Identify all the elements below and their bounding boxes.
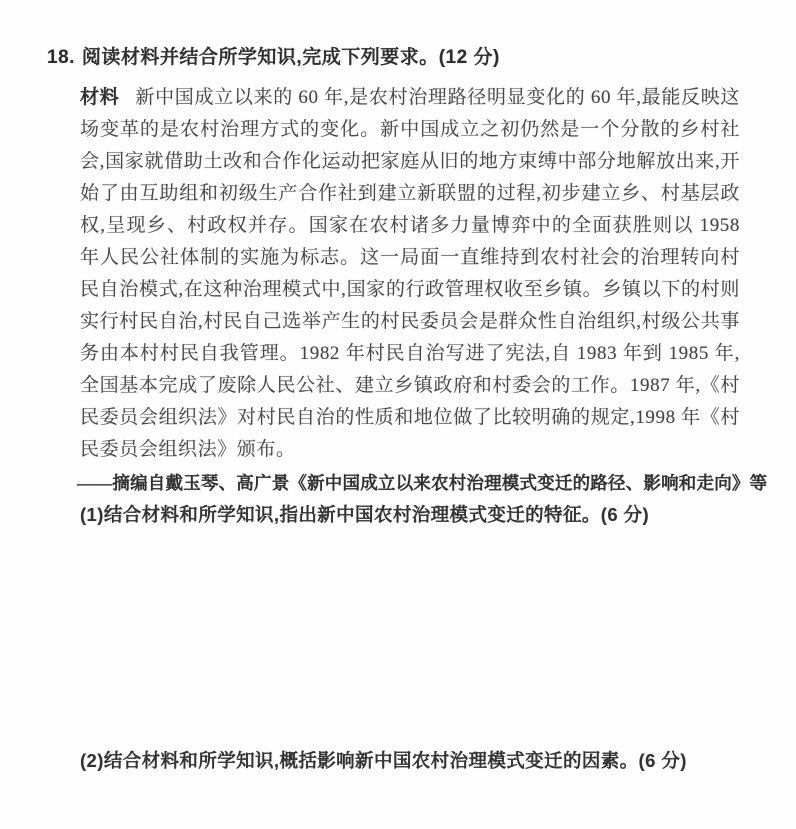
material-text: 新中国成立以来的 60 年,是农村治理路径明显变化的 60 年,最能反映这场变革… bbox=[80, 87, 740, 460]
sub-question-2: (2)结合材料和所学知识,概括影响新中国农村治理模式变迁的因素。(6 分) bbox=[80, 746, 742, 776]
question-heading: 18.阅读材料并结合所学知识,完成下列要求。(12 分) bbox=[47, 44, 742, 72]
sub-question-2-label: (2) bbox=[80, 750, 104, 771]
question-number: 18. bbox=[47, 47, 75, 68]
sub-question-1-label: (1) bbox=[80, 504, 104, 525]
sub-question-1: (1)结合材料和所学知识,指出新中国农村治理模式变迁的特征。(6 分) bbox=[80, 500, 742, 530]
material-paragraph: 材料新中国成立以来的 60 年,是农村治理路径明显变化的 60 年,最能反映这场… bbox=[80, 82, 740, 466]
question-block: 18.阅读材料并结合所学知识,完成下列要求。(12 分) 材料新中国成立以来的 … bbox=[47, 44, 742, 776]
question-prompt: 阅读材料并结合所学知识,完成下列要求。(12 分) bbox=[82, 47, 500, 68]
sub-question-2-text: 结合材料和所学知识,概括影响新中国农村治理模式变迁的因素。(6 分) bbox=[104, 750, 687, 771]
material-label: 材料 bbox=[80, 87, 119, 108]
material-attribution: ——摘编自戴玉琴、高广景《新中国成立以来农村治理模式变迁的路径、影响和走向》等 bbox=[77, 468, 741, 498]
exam-page: 18.阅读材料并结合所学知识,完成下列要求。(12 分) 材料新中国成立以来的 … bbox=[0, 0, 796, 829]
sub-question-1-text: 结合材料和所学知识,指出新中国农村治理模式变迁的特征。(6 分) bbox=[104, 504, 649, 525]
